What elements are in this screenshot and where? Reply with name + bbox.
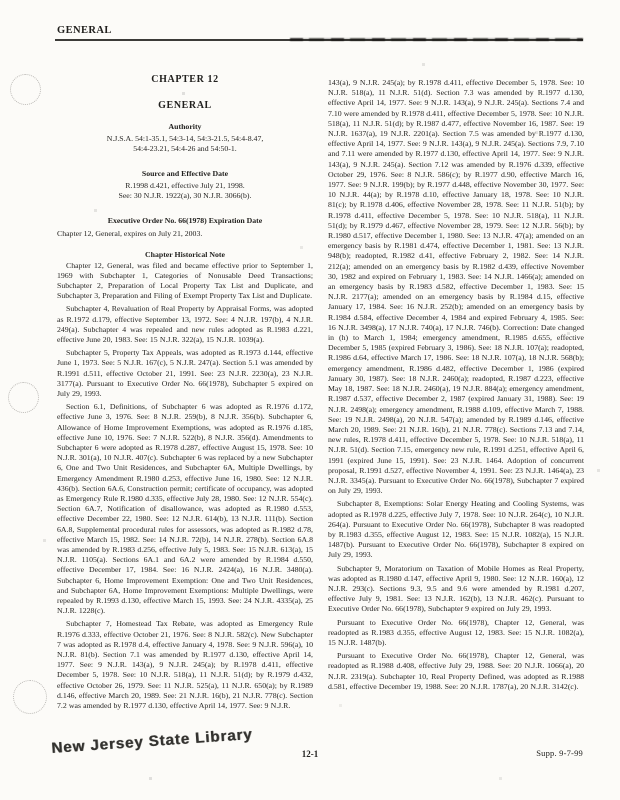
header-rule-smudge [290, 38, 583, 41]
punch-hole-top [10, 74, 41, 105]
supplement-note: Supp. 9-7-99 [536, 748, 583, 758]
expiration-text: Chapter 12, General, expires on July 21,… [57, 229, 313, 239]
punch-hole-middle [8, 382, 39, 413]
authority-citation-line-2: 54:4-23.21, 54:4-26 and 54:50-1. [57, 144, 313, 154]
chapter-title: CHAPTER 12 [57, 74, 313, 85]
historical-paragraph: Subchapter 4, Revaluation of Real Proper… [57, 304, 313, 345]
source-line-1: R.1998 d.421, effective July 21, 1998. [57, 181, 313, 191]
historical-paragraph: Pursuant to Executive Order No. 66(1978)… [328, 651, 584, 692]
historical-paragraph: Subchapter 5, Property Tax Appeals, was … [57, 348, 313, 399]
historical-paragraph-continuation: 143(a), 9 N.J.R. 245(a); by R.1978 d.411… [328, 78, 584, 496]
running-header: GENERAL [57, 25, 112, 36]
authority-heading: Authority [57, 122, 313, 132]
page-number: 12-1 [0, 749, 620, 759]
historical-paragraph: Subchapter 9, Moratorium on Taxation of … [328, 564, 584, 615]
source-line-2: See: 30 N.J.R. 1922(a), 30 N.J.R. 3066(b… [57, 191, 313, 201]
punch-hole-bottom [13, 680, 47, 714]
scanned-document-page: GENERAL CHAPTER 12 GENERAL Authority N.J… [0, 0, 620, 800]
historical-paragraph: Pursuant to Executive Order No. 66(1978)… [328, 618, 584, 649]
left-column: CHAPTER 12 GENERAL Authority N.J.S.A. 54… [57, 52, 313, 711]
historical-paragraph: Subchapter 7, Homestead Tax Rebate, was … [57, 619, 313, 711]
historical-paragraph: Subchapter 8, Exemptions: Solar Energy H… [328, 499, 584, 560]
historical-note-heading: Chapter Historical Note [57, 250, 313, 260]
historical-paragraph: Chapter 12, General, was filed and becam… [57, 261, 313, 302]
two-column-text-area: CHAPTER 12 GENERAL Authority N.J.S.A. 54… [57, 52, 584, 711]
chapter-subtitle: GENERAL [57, 100, 313, 111]
scan-noise-speckles [0, 0, 1, 1]
historical-paragraph: Section 6.1, Definitions, of Subchapter … [57, 402, 313, 616]
expiration-heading: Executive Order No. 66(1978) Expiration … [57, 216, 313, 226]
authority-citation-line-1: N.J.S.A. 54:1-35.1, 54:3-14, 54:3-21.5, … [57, 134, 313, 144]
source-heading: Source and Effective Date [57, 169, 313, 179]
right-column: 143(a), 9 N.J.R. 245(a); by R.1978 d.411… [328, 52, 584, 711]
